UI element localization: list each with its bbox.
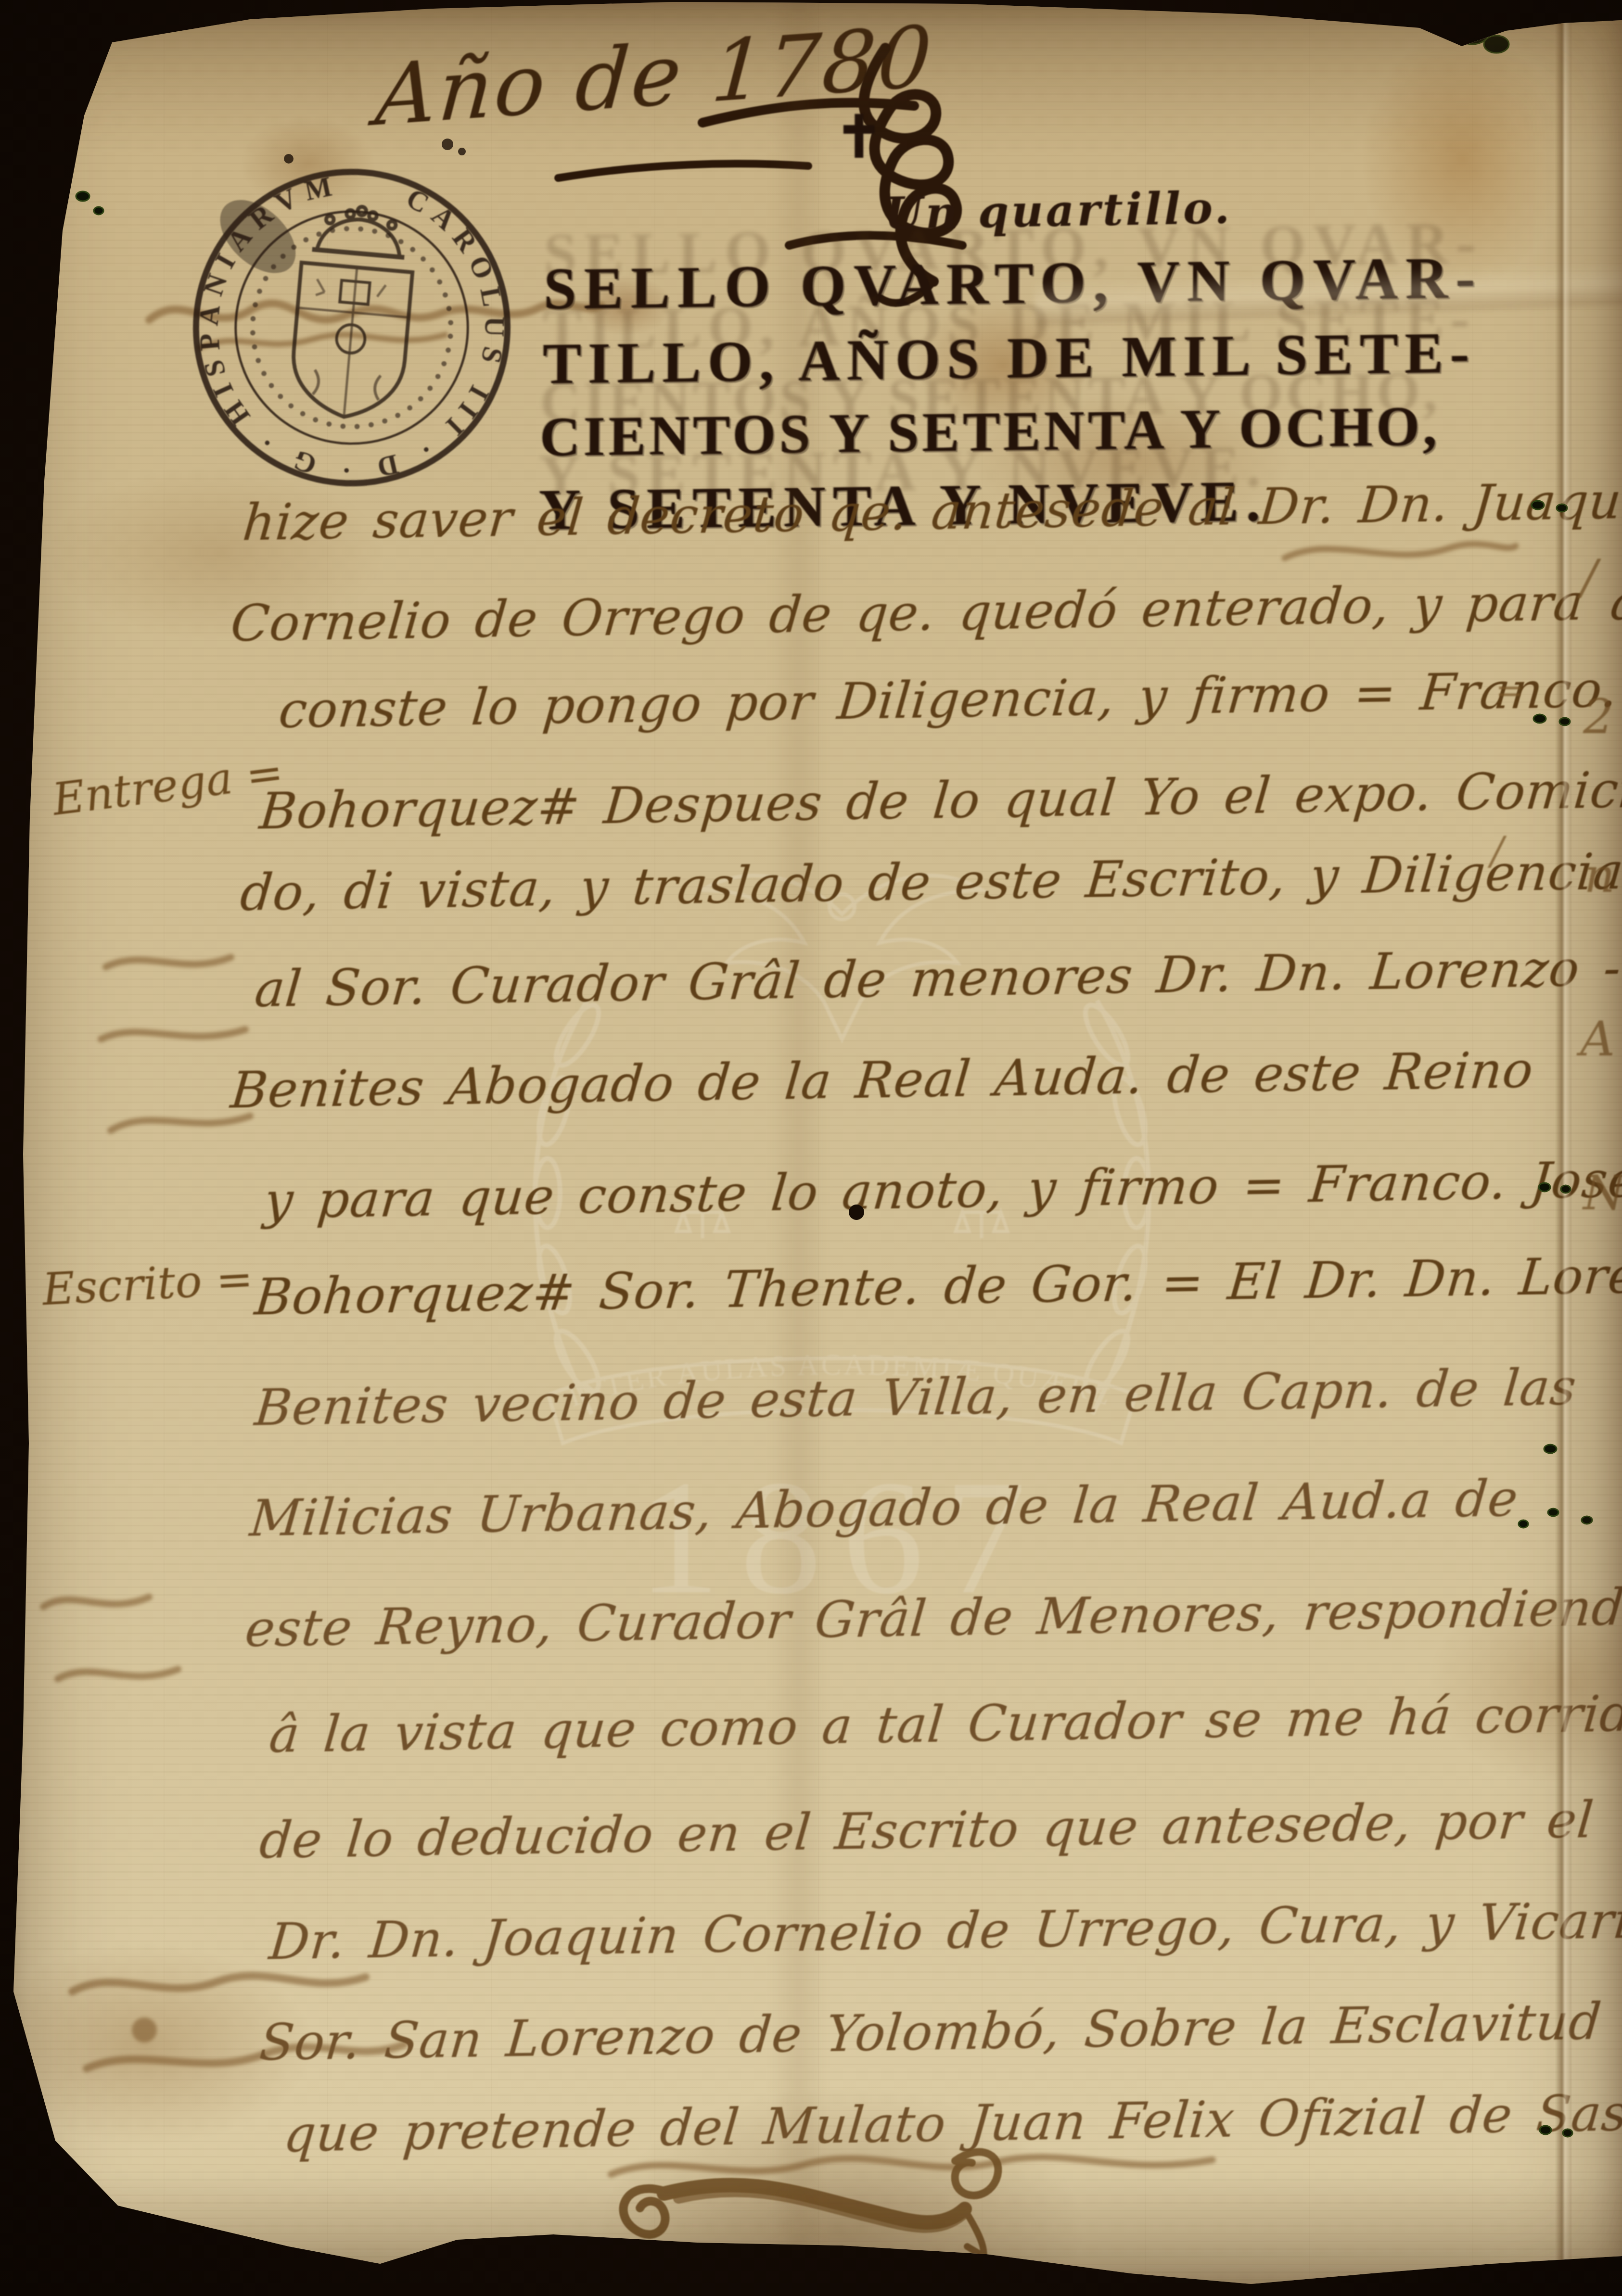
manuscript-page: INTER AULAS ACADEMIÆ QUÆRE VERUM 1867 A <box>0 0 1622 2296</box>
stitch-holes-and-specks <box>0 0 1622 2296</box>
scanned-document: INTER AULAS ACADEMIÆ QUÆRE VERUM 1867 A <box>0 0 1622 2296</box>
